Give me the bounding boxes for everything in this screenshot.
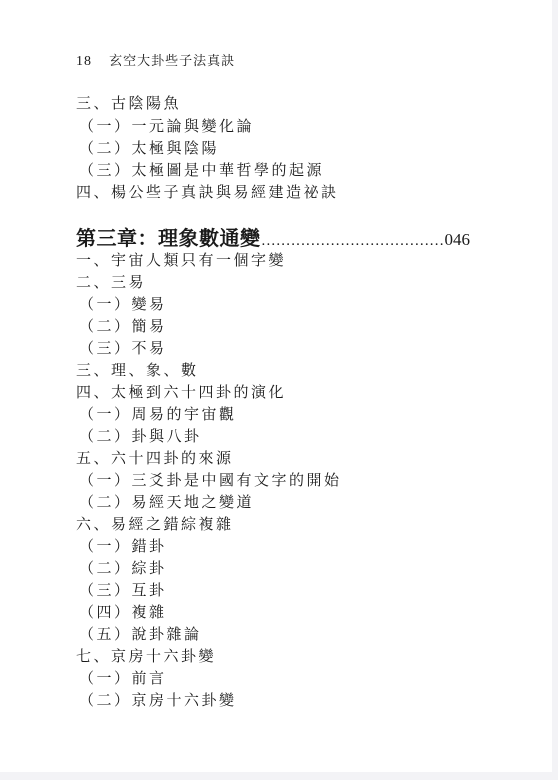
toc-subentry: （二）易經天地之變道 <box>79 492 254 512</box>
toc-entry: 四、太極到六十四卦的演化 <box>76 382 286 402</box>
toc-entry: 二、三易 <box>76 272 146 292</box>
toc-entry: 一、宇宙人類只有一個字變 <box>76 250 286 270</box>
toc-subentry: （二）太極與陰陽 <box>79 138 219 158</box>
toc-entry: 三、古陰陽魚 <box>76 93 181 113</box>
toc-subentry: （三）不易 <box>79 338 167 358</box>
chapter-heading: 第三章：理象數通變 ..............................… <box>76 226 470 253</box>
toc-subentry: （三）太極圖是中華哲學的起源 <box>79 160 324 180</box>
toc-subentry: （二）綜卦 <box>79 558 167 578</box>
toc-entry: 三、理、象、數 <box>76 360 199 380</box>
toc-subentry: （二）卦與八卦 <box>79 426 202 446</box>
toc-subentry: （一）變易 <box>79 294 167 314</box>
toc-subentry: （一）前言 <box>79 668 167 688</box>
toc-subentry: （四）複雜 <box>79 602 167 622</box>
toc-subentry: （一）錯卦 <box>79 536 167 556</box>
toc-subentry: （三）互卦 <box>79 580 167 600</box>
dot-leader: ........................................… <box>262 229 444 253</box>
toc-entry: 七、京房十六卦變 <box>76 646 216 666</box>
toc-entry: 五、六十四卦的來源 <box>76 448 234 468</box>
toc-subentry: （一）周易的宇宙觀 <box>79 404 237 424</box>
chapter-page-number: 046 <box>445 228 471 252</box>
toc-entry: 四、楊公些子真訣與易經建造祕訣 <box>76 182 339 202</box>
page-number: 18 <box>76 54 92 69</box>
toc-entry: 六、易經之錯綜複雜 <box>76 514 234 534</box>
toc-subentry: （二）簡易 <box>79 316 167 336</box>
toc-subentry: （一）一元論與變化論 <box>79 116 254 136</box>
toc-subentry: （二）京房十六卦變 <box>79 690 237 710</box>
running-header: 18 玄空大卦些子法真訣 <box>76 50 235 70</box>
toc-subentry: （五）說卦雜論 <box>79 624 202 644</box>
book-title: 玄空大卦些子法真訣 <box>109 54 235 69</box>
book-page: 18 玄空大卦些子法真訣 三、古陰陽魚 （一）一元論與變化論 （二）太極與陰陽 … <box>0 0 552 772</box>
toc-subentry: （一）三爻卦是中國有文字的開始 <box>79 470 342 490</box>
chapter-title: 第三章：理象數通變 <box>76 226 261 250</box>
